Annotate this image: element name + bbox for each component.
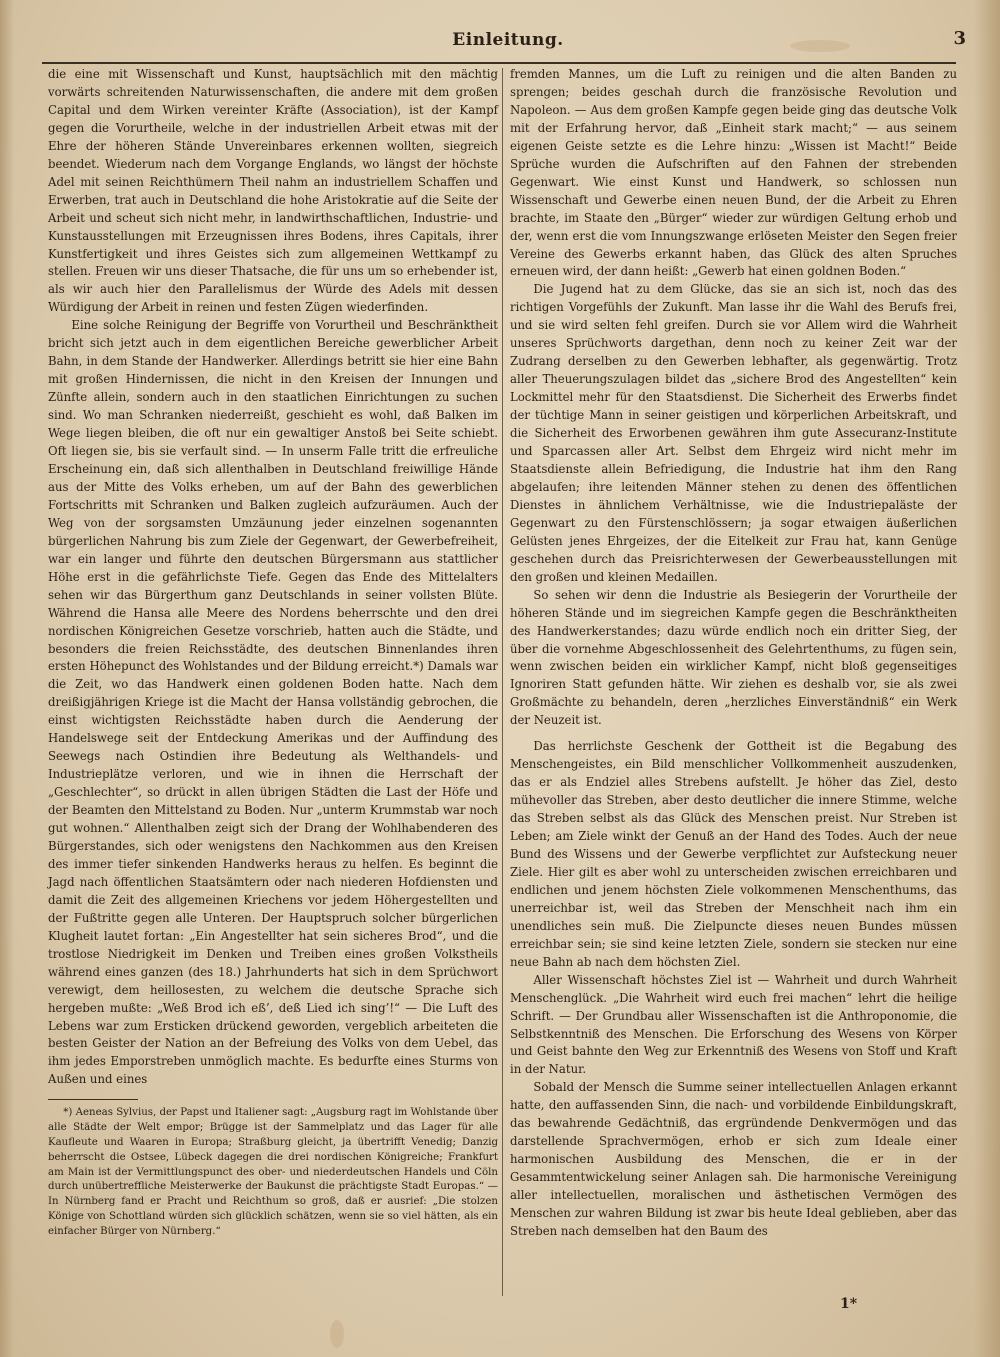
paragraph: fremden Mannes, um die Luft zu reinigen … xyxy=(510,66,957,281)
paragraph: Sobald der Mensch die Summe seiner intel… xyxy=(510,1079,957,1241)
footnote: *) Aeneas Sylvius, der Papst und Italien… xyxy=(48,1106,498,1239)
paragraph: Das herrlichste Geschenk der Gottheit is… xyxy=(510,738,957,971)
paragraph: Eine solche Reinigung der Begriffe von V… xyxy=(48,317,498,1089)
paragraph: die eine mit Wissenschaft und Kunst, hau… xyxy=(48,66,498,317)
footnote-rule xyxy=(48,1099,138,1100)
paper-stain xyxy=(330,1320,344,1348)
column-divider xyxy=(502,68,503,1296)
header-rule xyxy=(42,62,956,64)
page-edge-shadow-right xyxy=(974,0,1000,1357)
book-page: Einleitung. 3 die eine mit Wissenschaft … xyxy=(0,0,1000,1357)
paragraph: Aller Wissenschaft höchstes Ziel ist — W… xyxy=(510,972,957,1080)
page-edge-shadow-left xyxy=(0,0,14,1357)
page-header: Einleitung. 3 xyxy=(42,26,974,60)
paragraph: So sehen wir denn die Industrie als Besi… xyxy=(510,587,957,731)
page-number: 3 xyxy=(953,28,966,49)
running-title: Einleitung. xyxy=(42,30,974,50)
paragraph: Die Jugend hat zu dem Glücke, das sie an… xyxy=(510,281,957,586)
left-column: die eine mit Wissenschaft und Kunst, hau… xyxy=(48,66,498,1240)
signature-mark: 1* xyxy=(840,1296,857,1312)
right-column: fremden Mannes, um die Luft zu reinigen … xyxy=(510,66,957,1241)
